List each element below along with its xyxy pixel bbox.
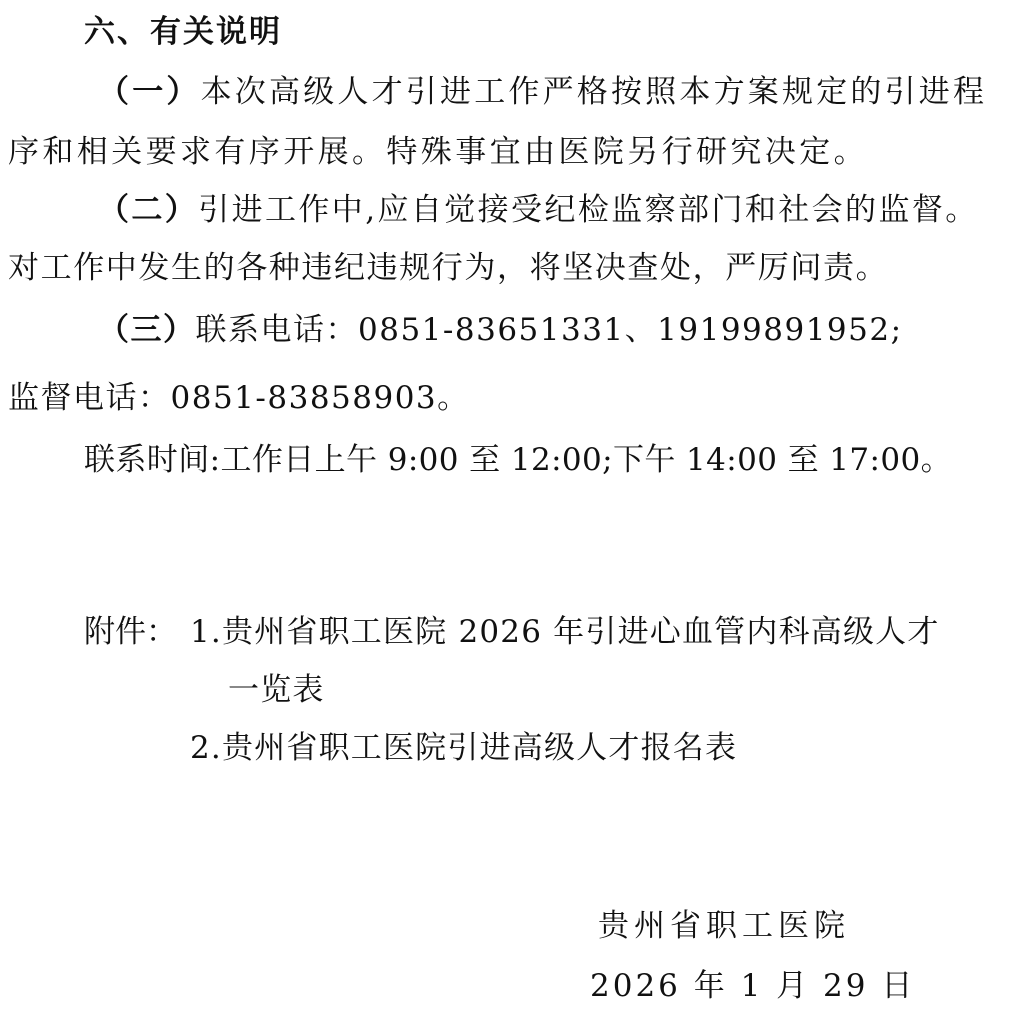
contact-hours: 联系时间:工作日上午 9:00 至 12:00;下午 14:00 至 17:00… <box>84 440 952 480</box>
attachment-1-title-cont: 一览表 <box>228 670 325 710</box>
attachment-1-number: 1. <box>190 614 222 650</box>
item-3-line-2: 监督电话：0851-83858903。 <box>8 378 470 418</box>
section-heading: 六、有关说明 <box>84 12 282 52</box>
attachment-1-title: 贵州省职工医院 2026 年引进心血管内科高级人才 <box>222 614 940 650</box>
attachment-2-number: 2. <box>190 730 222 766</box>
attachment-2-title: 贵州省职工医院引进高级人才报名表 <box>222 730 737 766</box>
signature-organization: 贵州省职工医院 <box>598 906 850 946</box>
item-2-text-1: 引进工作中,应自觉接受纪检监察部门和社会的监督。 <box>198 192 978 228</box>
item-3-line-1: （三）联系电话：0851-83651331、19199891952; <box>98 310 903 350</box>
signature-date: 2026 年 1 月 29 日 <box>590 966 915 1006</box>
item-2-line-1: （二）引进工作中,应自觉接受纪检监察部门和社会的监督。 <box>98 190 979 230</box>
attachment-item-2[interactable]: 2.贵州省职工医院引进高级人才报名表 <box>190 728 737 768</box>
item-2-label: （二） <box>98 192 198 228</box>
item-3-label: （三） <box>98 312 196 348</box>
item-1-text-1: 本次高级人才引进工作严格按照本方案规定的引进程 <box>201 74 988 110</box>
attachments-label: 附件： <box>84 612 177 652</box>
item-1-line-2: 序和相关要求有序开展。特殊事宜由医院另行研究决定。 <box>8 132 868 172</box>
item-3-text-1: 联系电话：0851-83651331、19199891952; <box>196 312 903 348</box>
attachment-item-1[interactable]: 1.贵州省职工医院 2026 年引进心血管内科高级人才 <box>190 612 940 652</box>
item-1-label: （一） <box>98 74 201 110</box>
item-1-line-1: （一）本次高级人才引进工作严格按照本方案规定的引进程 <box>98 72 987 112</box>
item-2-line-2: 对工作中发生的各种违纪违规行为，将坚决查处，严厉问责。 <box>8 248 888 288</box>
